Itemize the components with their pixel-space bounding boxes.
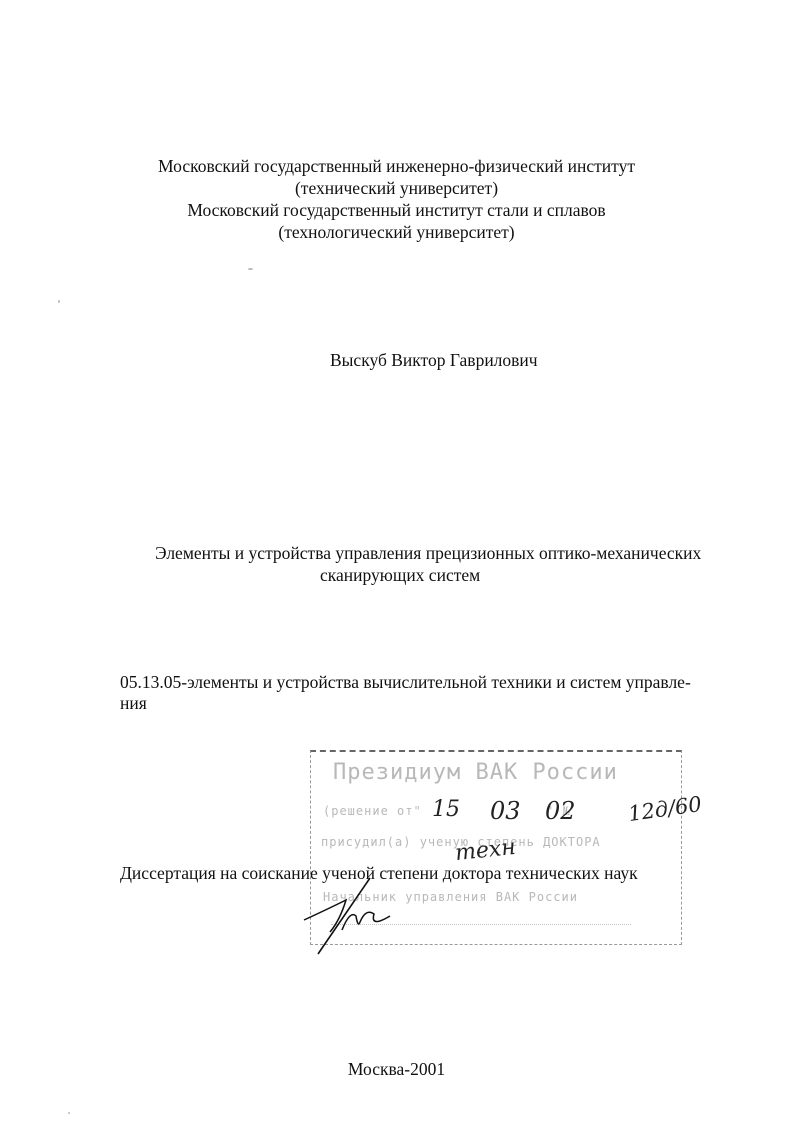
institution-line-1: Московский государственный инженерно-физ… xyxy=(0,155,793,177)
stamp-decision-label: (решение от" xyxy=(323,804,422,818)
scan-speck xyxy=(68,1112,70,1114)
handwritten-day: 15 xyxy=(432,797,460,822)
stamp-header: Президиум ВАК России xyxy=(333,760,618,785)
institution-line-4: (технологический университет) xyxy=(0,221,793,243)
signature-icon xyxy=(300,870,410,960)
title-line-2: сканирующих систем xyxy=(320,564,480,586)
institution-line-2: (технический университет) xyxy=(0,177,793,199)
scan-speck xyxy=(58,300,60,303)
scan-speck xyxy=(248,268,253,270)
handwritten-year: 02 xyxy=(545,797,576,825)
institution-line-3: Московский государственный институт стал… xyxy=(0,199,793,221)
city-year: Москва-2001 xyxy=(0,1058,793,1080)
specialty-line-1: 05.13.05-элементы и устройства вычислите… xyxy=(120,671,691,693)
author-name: Выскуб Виктор Гаврилович xyxy=(330,349,538,371)
handwritten-month: 03 xyxy=(490,797,521,825)
specialty-line-2: ния xyxy=(120,692,147,714)
title-line-1: Элементы и устройства управления прецизи… xyxy=(155,542,701,564)
